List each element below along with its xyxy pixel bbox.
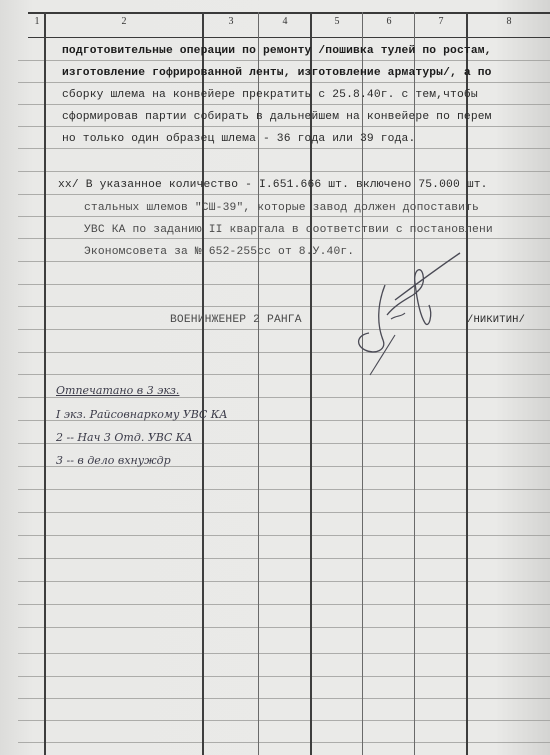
footnote-line: хх/ В указанное количество - I.651.666 ш… [58, 179, 488, 191]
rule [18, 82, 550, 83]
header-top-rule [28, 12, 550, 14]
rule [18, 581, 550, 582]
rule [18, 604, 550, 605]
rule [18, 558, 550, 559]
rule [18, 653, 550, 654]
column-divider [258, 12, 259, 755]
distribution-heading: Отпечатано в 3 экз. [56, 384, 179, 397]
column-divider [310, 12, 312, 755]
distribution-item: 3 -- в дело вхнуждр [56, 454, 171, 467]
column-divider [44, 12, 46, 755]
column-number: 4 [260, 16, 310, 27]
distribution-item: I экз. Райсовнаркому УВС КА [56, 408, 228, 421]
rule [18, 148, 550, 149]
signature-icon [325, 245, 475, 385]
rule [18, 698, 550, 699]
footnote-line: Экономсовета за № 652-255сс от 8.У.40г. [84, 246, 354, 258]
rule [18, 194, 550, 195]
footnote-line: УВС КА по заданию II квартала в соответс… [84, 224, 493, 236]
column-number: 1 [30, 16, 44, 27]
rule [18, 535, 550, 536]
rule [18, 512, 550, 513]
rule [18, 60, 550, 61]
column-divider [202, 12, 204, 755]
document-page: 1 2 3 4 5 6 7 8 подготовительные операци… [0, 0, 550, 755]
text-line: сборку шлема на конвейере прекратить с 2… [62, 89, 478, 101]
footnote-line: стальных шлемов "СШ-39", которые завод д… [84, 202, 479, 214]
header-bottom-rule [28, 37, 550, 38]
rule [18, 676, 550, 677]
rule [18, 397, 550, 398]
distribution-item: 2 -- Нач 3 Отд. УВС КА [56, 431, 193, 444]
rule [18, 216, 550, 217]
rule [18, 489, 550, 490]
signatory-name: /НИКИТИН/ [467, 314, 525, 326]
rule [18, 627, 550, 628]
column-number: 7 [416, 16, 466, 27]
column-number: 3 [204, 16, 258, 27]
text-line: сформировав партии собирать в дальнейшем… [62, 111, 492, 123]
rule [18, 104, 550, 105]
rule [18, 126, 550, 127]
text-line: изготовление гофрированной ленты, изгото… [62, 67, 492, 79]
rule [18, 171, 550, 172]
column-number: 8 [468, 16, 550, 27]
column-number: 2 [46, 16, 202, 27]
rule [18, 720, 550, 721]
rule [18, 238, 550, 239]
rule [18, 742, 550, 743]
column-number: 5 [312, 16, 362, 27]
text-line: подготовительные операции по ремонту /по… [62, 45, 492, 57]
text-line: но только один образец шлема - 36 года и… [62, 133, 415, 145]
signatory-rank: ВОЕНИНЖЕНЕР 2 РАНГА [170, 314, 302, 326]
column-number: 6 [364, 16, 414, 27]
